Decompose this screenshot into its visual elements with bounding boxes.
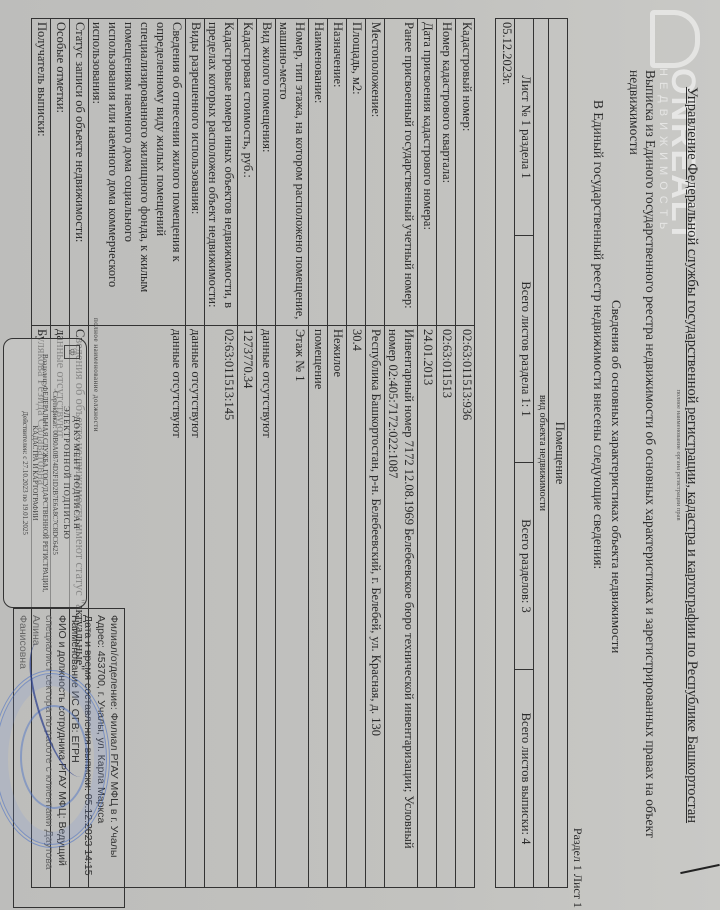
cadastral-number-value: 02:63:011513:936 [456, 326, 475, 888]
table-row: Номер кадастрового квартала:02:63:011513 [437, 19, 456, 888]
sheet-number: Лист № 1 раздела 1 [515, 19, 534, 236]
document-subtitle: Сведения об основных характеристиках объ… [608, 300, 624, 653]
row-label: Кадастровые номера иных объектов недвижи… [205, 19, 238, 326]
table-row: Кадастровая стоимость, руб.:1273770.34 [238, 19, 257, 888]
table-row: Виды разрешенного использования:данные о… [186, 19, 205, 888]
extract-date: 05.12.2023г. [496, 19, 515, 888]
agency-name: Управление Федеральной службы государств… [683, 0, 700, 910]
row-value: 1273770.34 [238, 326, 257, 888]
table-row: Наименование:помещение [309, 19, 328, 888]
row-label: Виды разрешенного использования: [186, 19, 205, 326]
row-value: помещение [309, 326, 328, 888]
table-row: Номер, тип этажа, на котором расположено… [276, 19, 309, 888]
row-label: Площадь, м2: [347, 19, 366, 326]
row-value: 24.01.2013 [418, 326, 437, 888]
header-table: Помещение вид объекта недвижимости Лист … [495, 18, 568, 888]
watermark-tagline: НЕДВИЖИМОСТЬ [657, 68, 669, 244]
row-value: Инвентарный номер 7172 12.08.1969 Белебе… [385, 326, 418, 888]
sections-total: Всего разделов: 3 [515, 463, 534, 670]
row-label: Назначение: [328, 19, 347, 326]
row-value: 30.4 [347, 326, 366, 888]
row-label: Вид жилого помещения: [257, 19, 276, 326]
row-value: данные отсутствуют [257, 326, 276, 888]
ecp-subtitle: ЭЛЕКТРОННОЙ ПОДПИСЬЮ [62, 339, 72, 607]
electronic-signature-block: ♔ ДОКУМЕНТ ПОДПИСАН ЭЛЕКТРОННОЙ ПОДПИСЬЮ… [3, 338, 87, 608]
row-value: 02:63:011513:145 [205, 326, 238, 888]
document-title: Выписка из Единого государственного реес… [626, 70, 658, 910]
row-value: 02:63:011513 [437, 326, 456, 888]
position-caption: полное наименование должности [92, 318, 100, 432]
table-row: Местоположение:Республика Башкортостан, … [366, 19, 385, 888]
row-value: Нежилое [328, 326, 347, 888]
row-value: Республика Башкортостан, р-н. Белебеевск… [366, 326, 385, 888]
row-value: данные отсутствуют [186, 326, 205, 888]
row-label: Местоположение: [366, 19, 385, 326]
row-label: Дата присвоения кадастрового номера: [418, 19, 437, 326]
row-label: Наименование: [309, 19, 328, 326]
table-row: Площадь, м2:30.4 [347, 19, 366, 888]
table-row: Кадастровые номера иных объектов недвижи… [205, 19, 238, 888]
cadastral-number-row: Кадастровый номер: 02:63:011513:936 [456, 19, 475, 888]
table-row: Вид жилого помещения:данные отсутствуют [257, 19, 276, 888]
sheets-total: Всего листов выписки: 4 [515, 670, 534, 888]
intro-text: В Единый государственный реестр недвижим… [590, 100, 606, 569]
object-type: Помещение [549, 19, 568, 888]
row-value: Этаж № 1 [276, 326, 309, 888]
document-page: ONREALT НЕДВИЖИМОСТЬ Управление Федераль… [0, 0, 720, 910]
agency-caption: полное наименование органа регистрации п… [675, 0, 682, 910]
ecp-certificate: Сертификат: 00B0A0B74D2F1D2B7E6A8C7C8DC6… [50, 339, 60, 607]
row-label: Ранее присвоенный государственный учетны… [385, 19, 418, 326]
ecp-owner: Владелец: ФЕДЕРАЛЬНАЯ СЛУЖБА ГОСУДАРСТВЕ… [30, 339, 50, 607]
ecp-title: ДОКУМЕНТ ПОДПИСАН [72, 339, 82, 607]
row-label: Номер, тип этажа, на котором расположено… [276, 19, 309, 326]
ecp-validity: Действителен: с 27.10.2023 по 19.01.2025 [20, 339, 30, 607]
cadastral-number-label: Кадастровый номер: [456, 19, 475, 326]
section-label: Раздел 1 Лист 1 [570, 828, 585, 908]
row-label: Номер кадастрового квартала: [437, 19, 456, 326]
object-type-caption: вид объекта недвижимости [534, 19, 549, 888]
signature-seal-icon: ♔ [64, 345, 80, 359]
sheets-in-section: Всего листов раздела 1: 1 [515, 236, 534, 463]
row-label: Кадастровая стоимость, руб.: [238, 19, 257, 326]
table-row: Ранее присвоенный государственный учетны… [385, 19, 418, 888]
table-row: Дата присвоения кадастрового номера:24.0… [418, 19, 437, 888]
table-row: Назначение:Нежилое [328, 19, 347, 888]
